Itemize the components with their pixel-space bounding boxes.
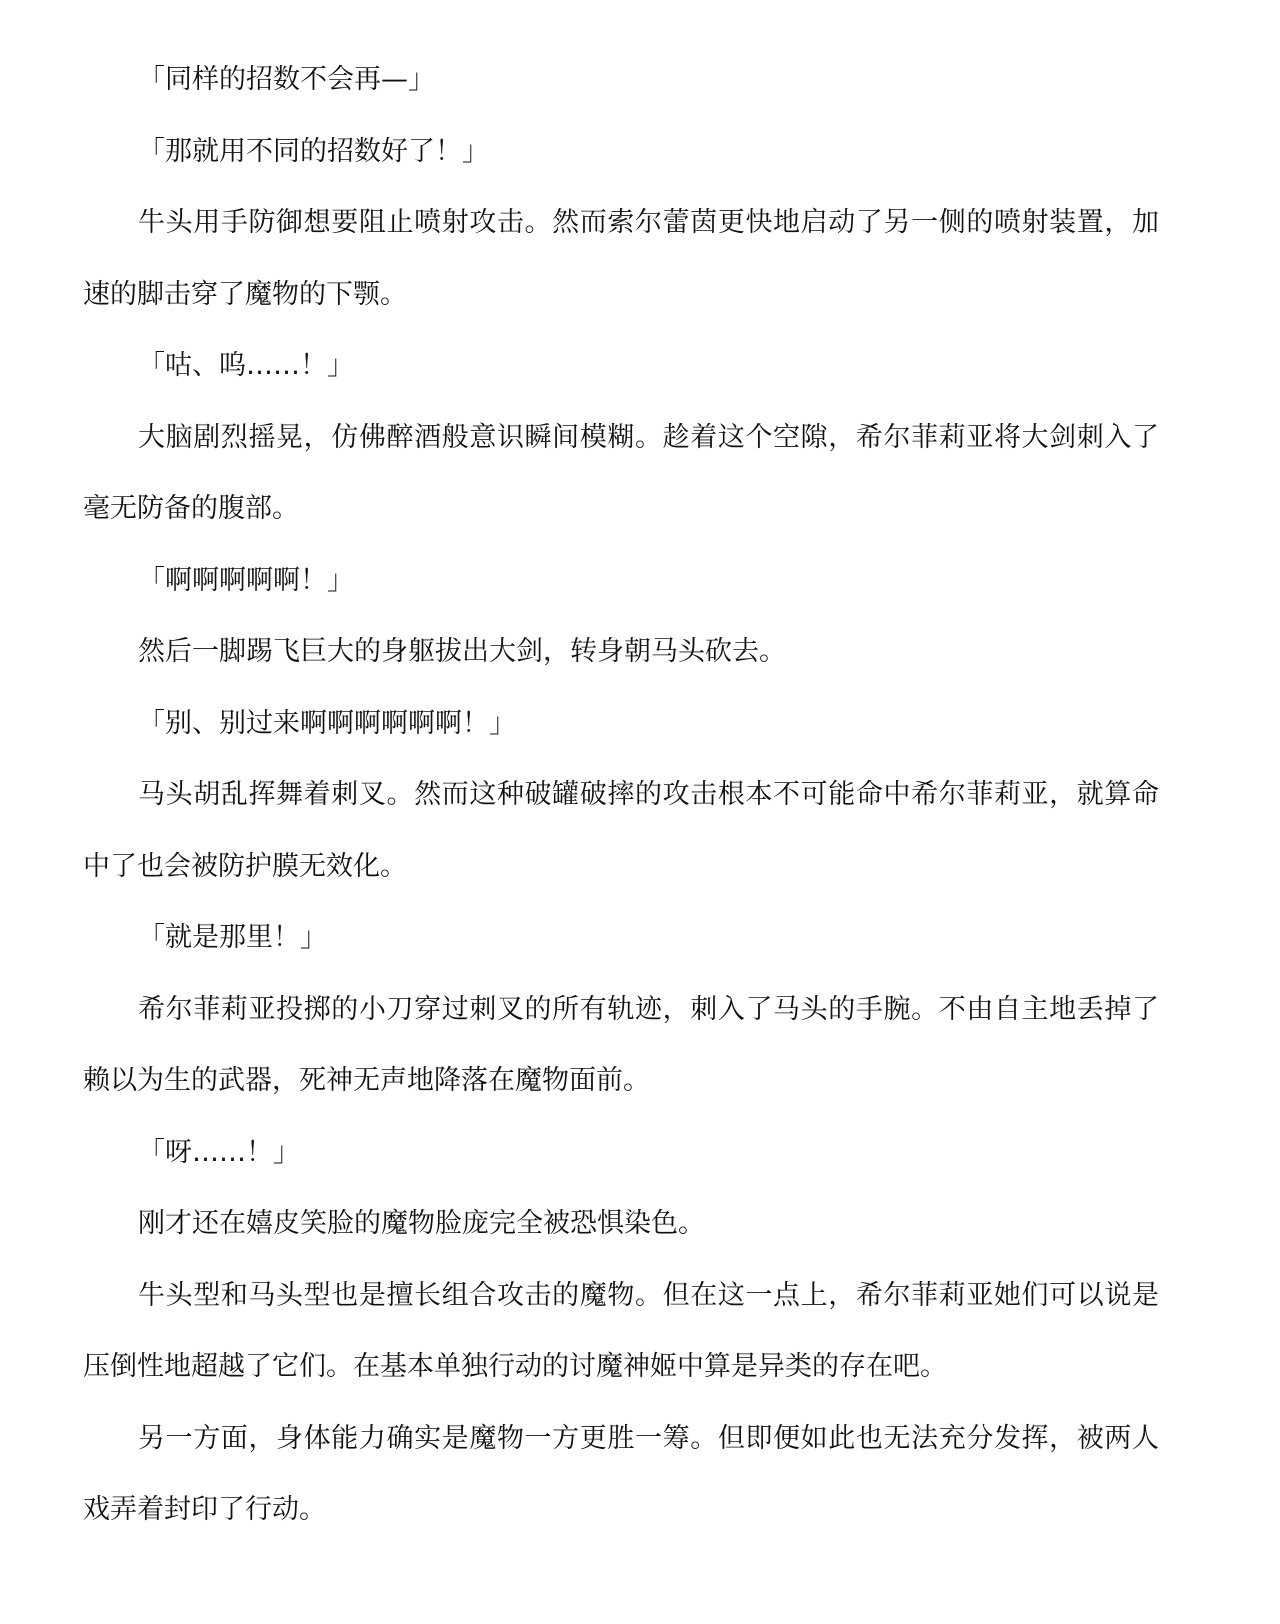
narration-paragraph: 马头胡乱挥舞着刺叉。然而这种破罐破摔的攻击根本不可能命中希尔菲莉亚，就算命中了也… — [83, 759, 1159, 902]
narration-paragraph: 牛头用手防御想要阻止喷射攻击。然而索尔蕾茵更快地启动了另一侧的喷射装置，加速的脚… — [83, 187, 1159, 330]
narration-paragraph: 牛头型和马头型也是擅长组合攻击的魔物。但在这一点上，希尔菲莉亚她们可以说是压倒性… — [83, 1260, 1159, 1403]
dialogue-line: 「呀……！」 — [83, 1117, 1159, 1189]
narration-paragraph: 然后一脚踢飞巨大的身躯拔出大剑，转身朝马头砍去。 — [83, 616, 1159, 688]
document-page: 「同样的招数不会再—」 「那就用不同的招数好了！」 牛头用手防御想要阻止喷射攻击… — [83, 44, 1159, 1546]
dialogue-line: 「咕、呜……！」 — [83, 330, 1159, 402]
narration-paragraph: 另一方面，身体能力确实是魔物一方更胜一筹。但即便如此也无法充分发挥，被两人戏弄着… — [83, 1403, 1159, 1546]
narration-paragraph: 希尔菲莉亚投掷的小刀穿过刺叉的所有轨迹，刺入了马头的手腕。不由自主地丢掉了赖以为… — [83, 974, 1159, 1117]
dialogue-line: 「同样的招数不会再—」 — [83, 44, 1159, 116]
narration-paragraph: 刚才还在嬉皮笑脸的魔物脸庞完全被恐惧染色。 — [83, 1188, 1159, 1260]
dialogue-line: 「那就用不同的招数好了！」 — [83, 116, 1159, 188]
narration-paragraph: 大脑剧烈摇晃，仿佛醉酒般意识瞬间模糊。趁着这个空隙，希尔菲莉亚将大剑刺入了毫无防… — [83, 402, 1159, 545]
dialogue-line: 「啊啊啊啊啊！」 — [83, 545, 1159, 617]
dialogue-line: 「就是那里！」 — [83, 902, 1159, 974]
dialogue-line: 「别、别过来啊啊啊啊啊啊！」 — [83, 688, 1159, 760]
